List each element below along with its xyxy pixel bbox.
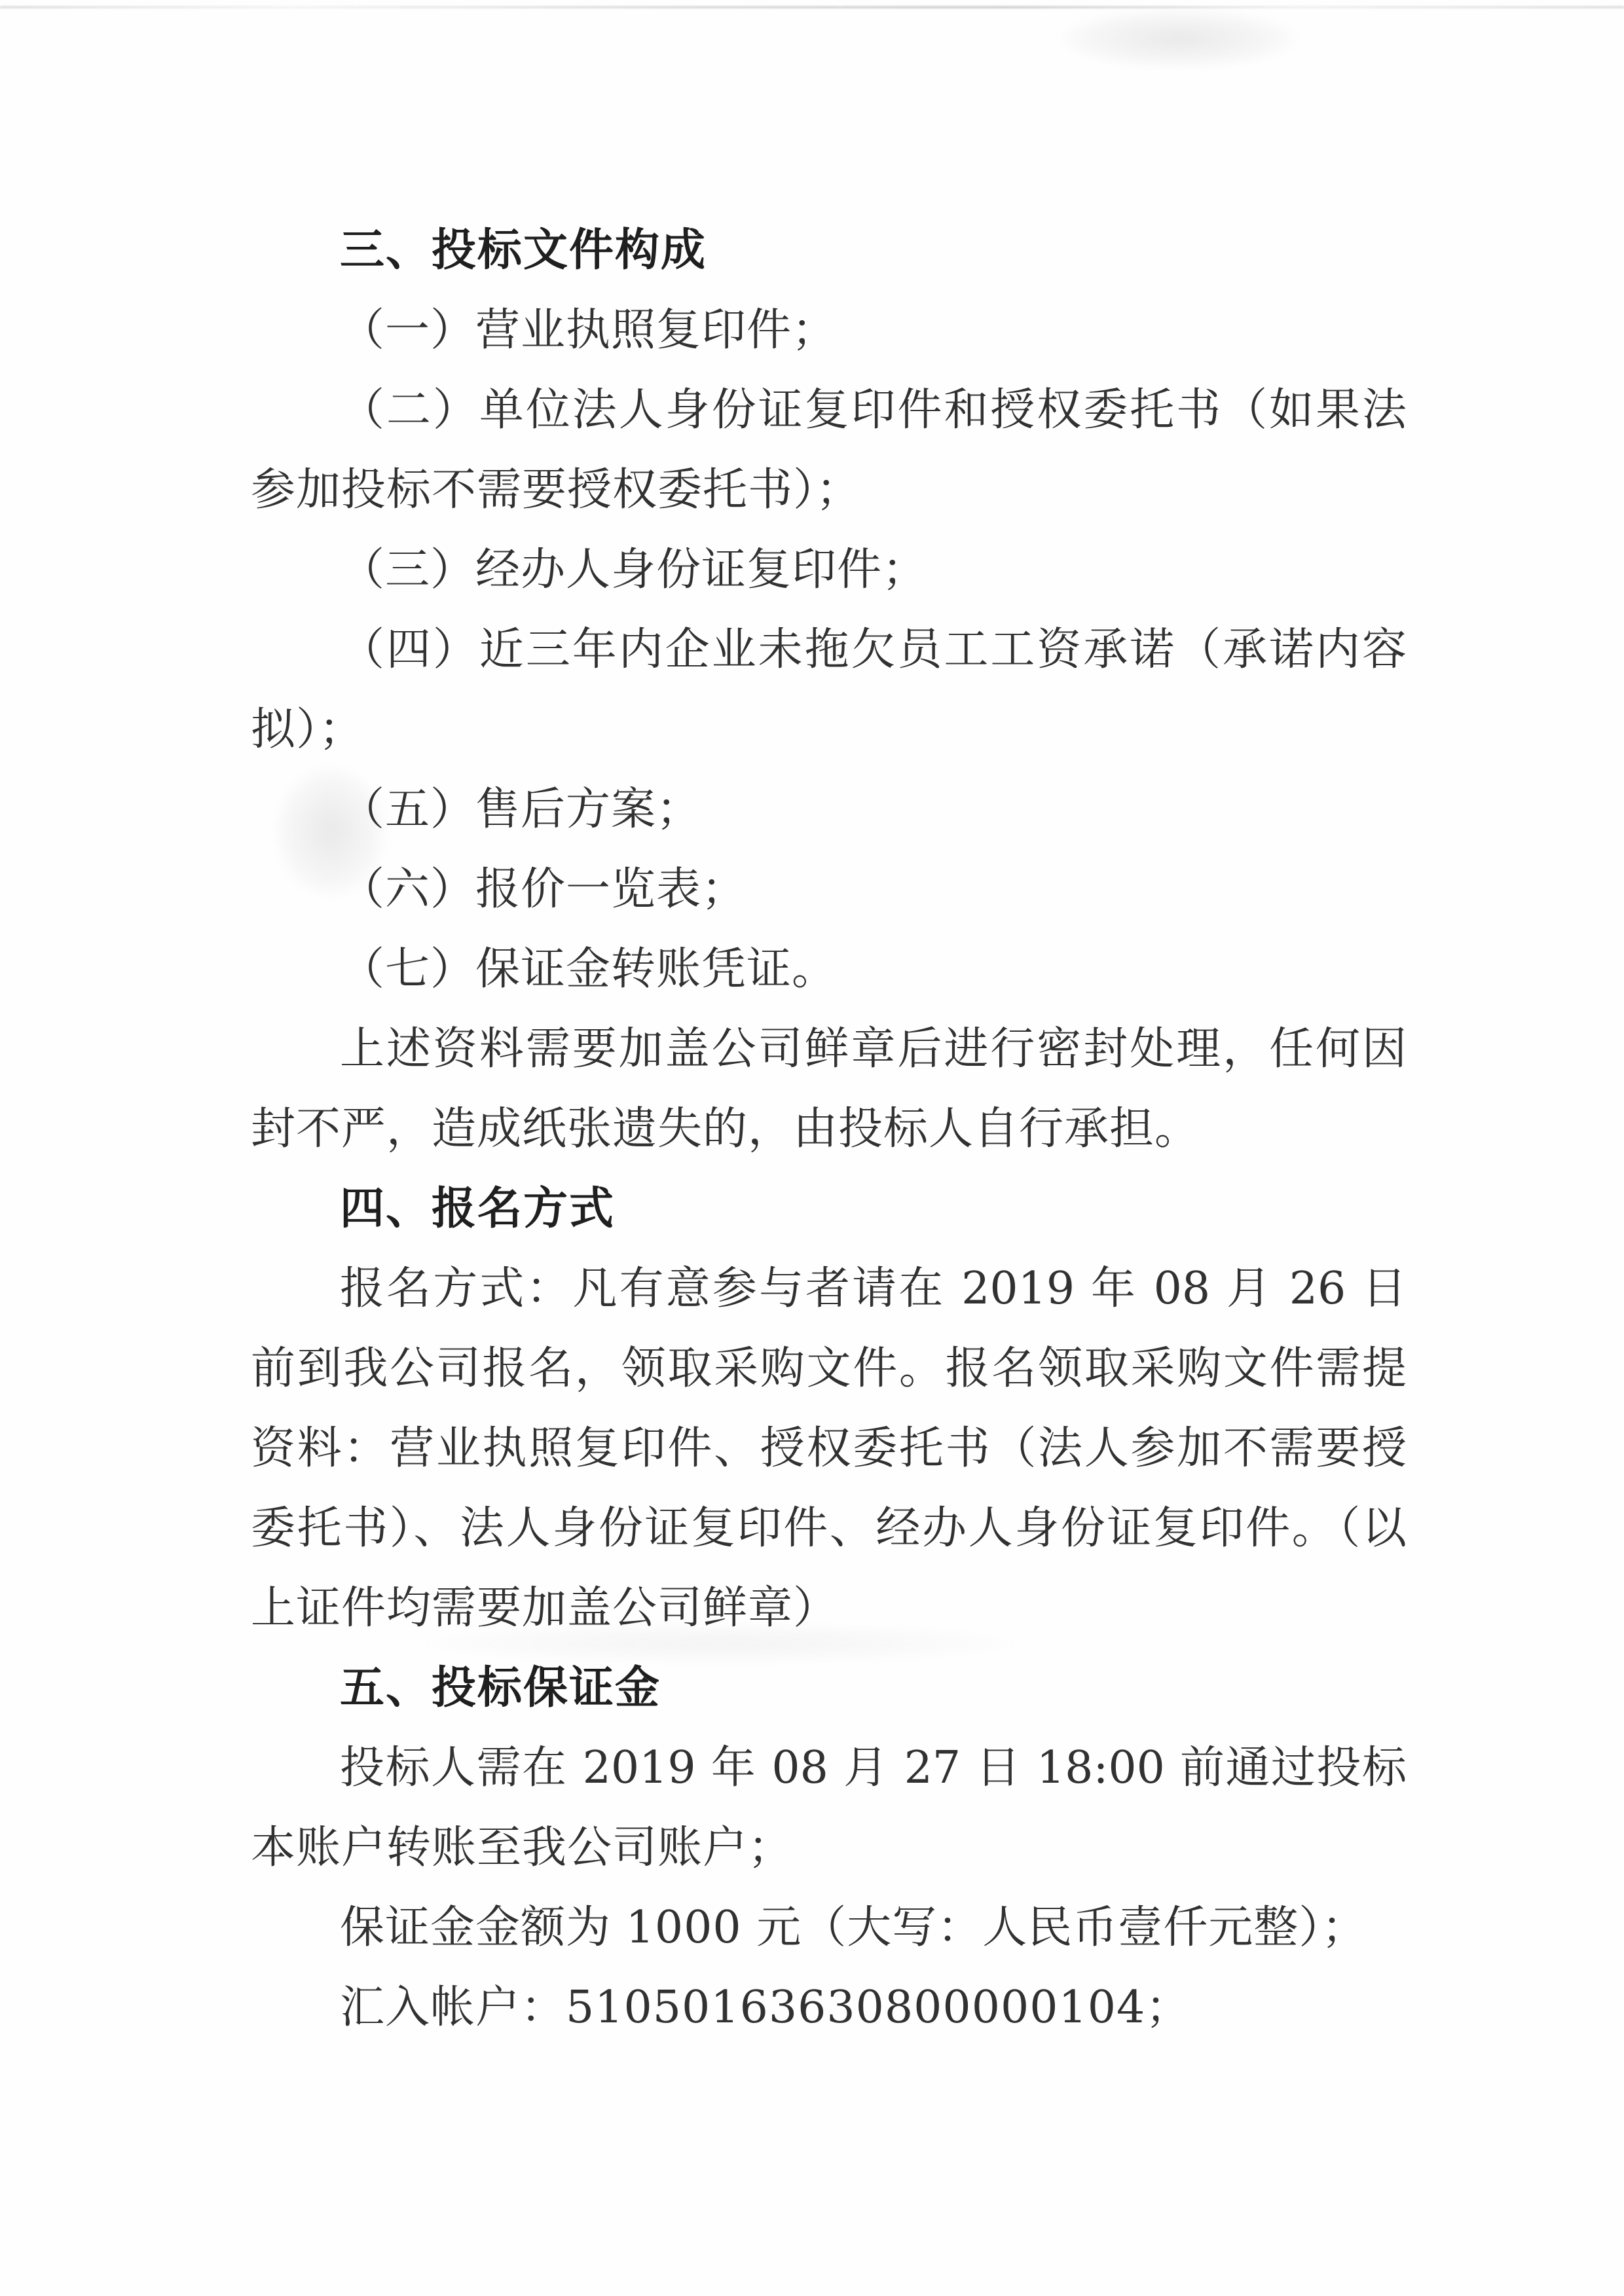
- text-line: 报名方式：凡有意参与者请在 2019 年 08 月 26 日 18:00: [251, 1249, 1407, 1329]
- document-text-block: 三、投标文件构成（一）营业执照复印件；（二）单位法人身份证复印件和授权委托书（如…: [251, 211, 1407, 2048]
- text-line: （五）售后方案；: [251, 770, 1407, 850]
- text-line: 封不严，造成纸张遗失的，由投标人自行承担。: [251, 1089, 1407, 1169]
- text-line: 投标人需在 2019 年 08 月 27 日 18:00 前通过投标人基: [251, 1728, 1407, 1808]
- text-line: 保证金金额为 1000 元（大写：人民币壹仟元整）；: [251, 1888, 1407, 1968]
- text-line: 上证件均需要加盖公司鲜章）: [251, 1569, 1407, 1649]
- text-line: 委托书）、法人身份证复印件、经办人身份证复印件。（以: [251, 1489, 1407, 1569]
- section-heading: 五、投标保证金: [251, 1649, 1407, 1728]
- section-heading: 三、投标文件构成: [251, 211, 1407, 291]
- text-line: 前到我公司报名，领取采购文件。报名领取采购文件需提供: [251, 1329, 1407, 1409]
- text-line: 参加投标不需要授权委托书）；: [251, 450, 1407, 530]
- text-line: 汇入帐户：51050163630800000104；: [251, 1968, 1407, 2048]
- text-line: 拟）；: [251, 690, 1407, 770]
- text-line: （一）营业执照复印件；: [251, 291, 1407, 371]
- text-line: （七）保证金转账凭证。: [251, 930, 1407, 1010]
- section-heading: 四、报名方式: [251, 1169, 1407, 1249]
- text-line: （三）经办人身份证复印件；: [251, 530, 1407, 610]
- text-line: 上述资料需要加盖公司鲜章后进行密封处理，任何因密: [251, 1010, 1407, 1089]
- text-line: （二）单位法人身份证复印件和授权委托书（如果法人: [251, 371, 1407, 450]
- scan-smudge: [1061, 9, 1297, 68]
- scan-artifact-top-edge: [0, 6, 1624, 9]
- text-line: 资料：营业执照复印件、授权委托书（法人参加不需要授权: [251, 1409, 1407, 1489]
- text-line: （四）近三年内企业未拖欠员工工资承诺（承诺内容自: [251, 610, 1407, 690]
- document-page: 三、投标文件构成（一）营业执照复印件；（二）单位法人身份证复印件和授权委托书（如…: [0, 0, 1624, 2296]
- text-line: 本账户转账至我公司账户；: [251, 1808, 1407, 1888]
- text-line: （六）报价一览表；: [251, 850, 1407, 930]
